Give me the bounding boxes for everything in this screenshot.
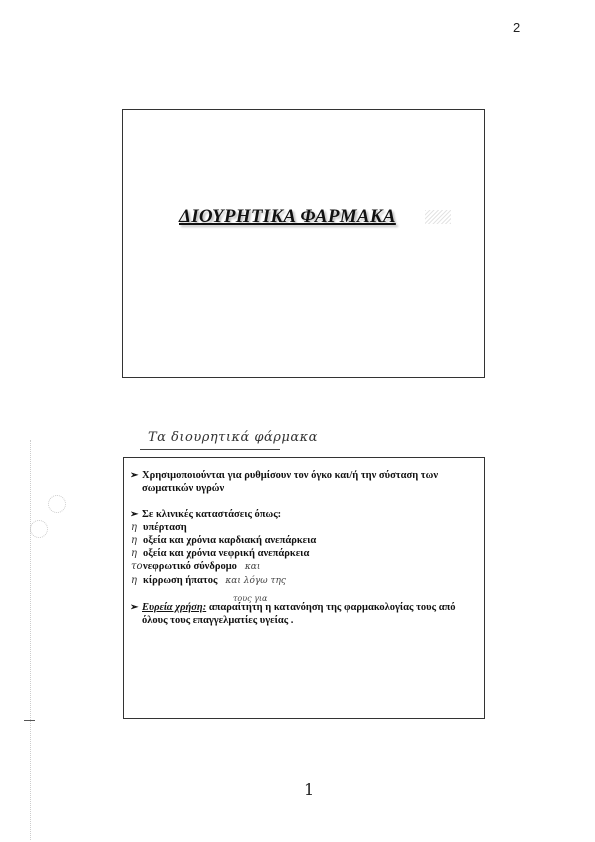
slide-content: ➢ Χρησιμοποιούνται για ρυθμίσουν τον όγκ… — [130, 469, 478, 627]
arrow-bullet-icon: ➢ — [130, 601, 142, 627]
handwritten-heading-underline — [140, 449, 280, 450]
handwritten-note: και — [245, 561, 261, 574]
condition-text: κίρρωση ήπατος — [143, 574, 217, 587]
scan-artifact-mark — [24, 720, 35, 721]
handwritten-heading: Τα διουρητικά φάρμακα — [148, 430, 318, 445]
condition-item: τονεφρωτικό σύνδρομοκαι — [131, 560, 478, 574]
handwritten-article: η — [131, 521, 143, 534]
condition-text: οξεία και χρόνια νεφρική ανεπάρκεια — [143, 547, 309, 560]
bullet-wide-use: τους για ➢ Ευρεία χρήση: απαραίτητη η κα… — [130, 601, 478, 627]
bullet-label: Ευρεία χρήση: — [142, 602, 206, 613]
condition-item: ηυπέρταση — [131, 521, 478, 534]
handwritten-page-mark: 1 — [304, 780, 314, 799]
condition-item: ηοξεία και χρόνια νεφρική ανεπάρκεια — [131, 547, 478, 560]
slide-title-frame: ΔΙΟΥΡΗΤΙΚΑ ΦΑΡΜΑΚΑ — [122, 109, 485, 378]
punch-hole-ring — [30, 520, 48, 538]
page-number: 2 — [513, 20, 520, 35]
slide-content-frame: ➢ Χρησιμοποιούνται για ρυθμίσουν τον όγκ… — [123, 457, 485, 719]
handwritten-article: η — [131, 574, 143, 587]
bullet-text: Σε κλινικές καταστάσεις όπως: — [142, 508, 281, 521]
condition-text: υπέρταση — [143, 521, 187, 534]
bullet-body: Ευρεία χρήση: απαραίτητη η κατανόηση της… — [142, 601, 478, 627]
slide-title: ΔΙΟΥΡΗΤΙΚΑ ΦΑΡΜΑΚΑ — [179, 206, 396, 228]
title-shadow-decoration — [425, 210, 451, 224]
conditions-list: ηυπέρτασηηοξεία και χρόνια καρδιακή ανεπ… — [130, 521, 478, 588]
handwritten-note: και λόγω της — [225, 575, 285, 588]
condition-text: νεφρωτικό σύνδρομο — [143, 560, 237, 573]
punch-hole-ring — [48, 495, 66, 513]
condition-item: ηοξεία και χρόνια καρδιακή ανεπάρκεια — [131, 534, 478, 547]
bullet-conditions: ➢ Σε κλινικές καταστάσεις όπως: — [130, 508, 478, 521]
handwritten-article: η — [131, 547, 143, 560]
bullet-usage: ➢ Χρησιμοποιούνται για ρυθμίσουν τον όγκ… — [130, 469, 478, 495]
arrow-bullet-icon: ➢ — [130, 508, 142, 521]
bullet-text: Χρησιμοποιούνται για ρυθμίσουν τον όγκο … — [142, 469, 478, 495]
condition-item: ηκίρρωση ήπατοςκαι λόγω της — [131, 574, 478, 588]
handwritten-article: η — [131, 534, 143, 547]
condition-text: οξεία και χρόνια καρδιακή ανεπάρκεια — [143, 534, 316, 547]
arrow-bullet-icon: ➢ — [130, 469, 142, 495]
handwritten-article: το — [131, 560, 143, 573]
handwritten-annotation: τους για — [233, 592, 267, 605]
scan-artifact-line — [30, 440, 32, 840]
